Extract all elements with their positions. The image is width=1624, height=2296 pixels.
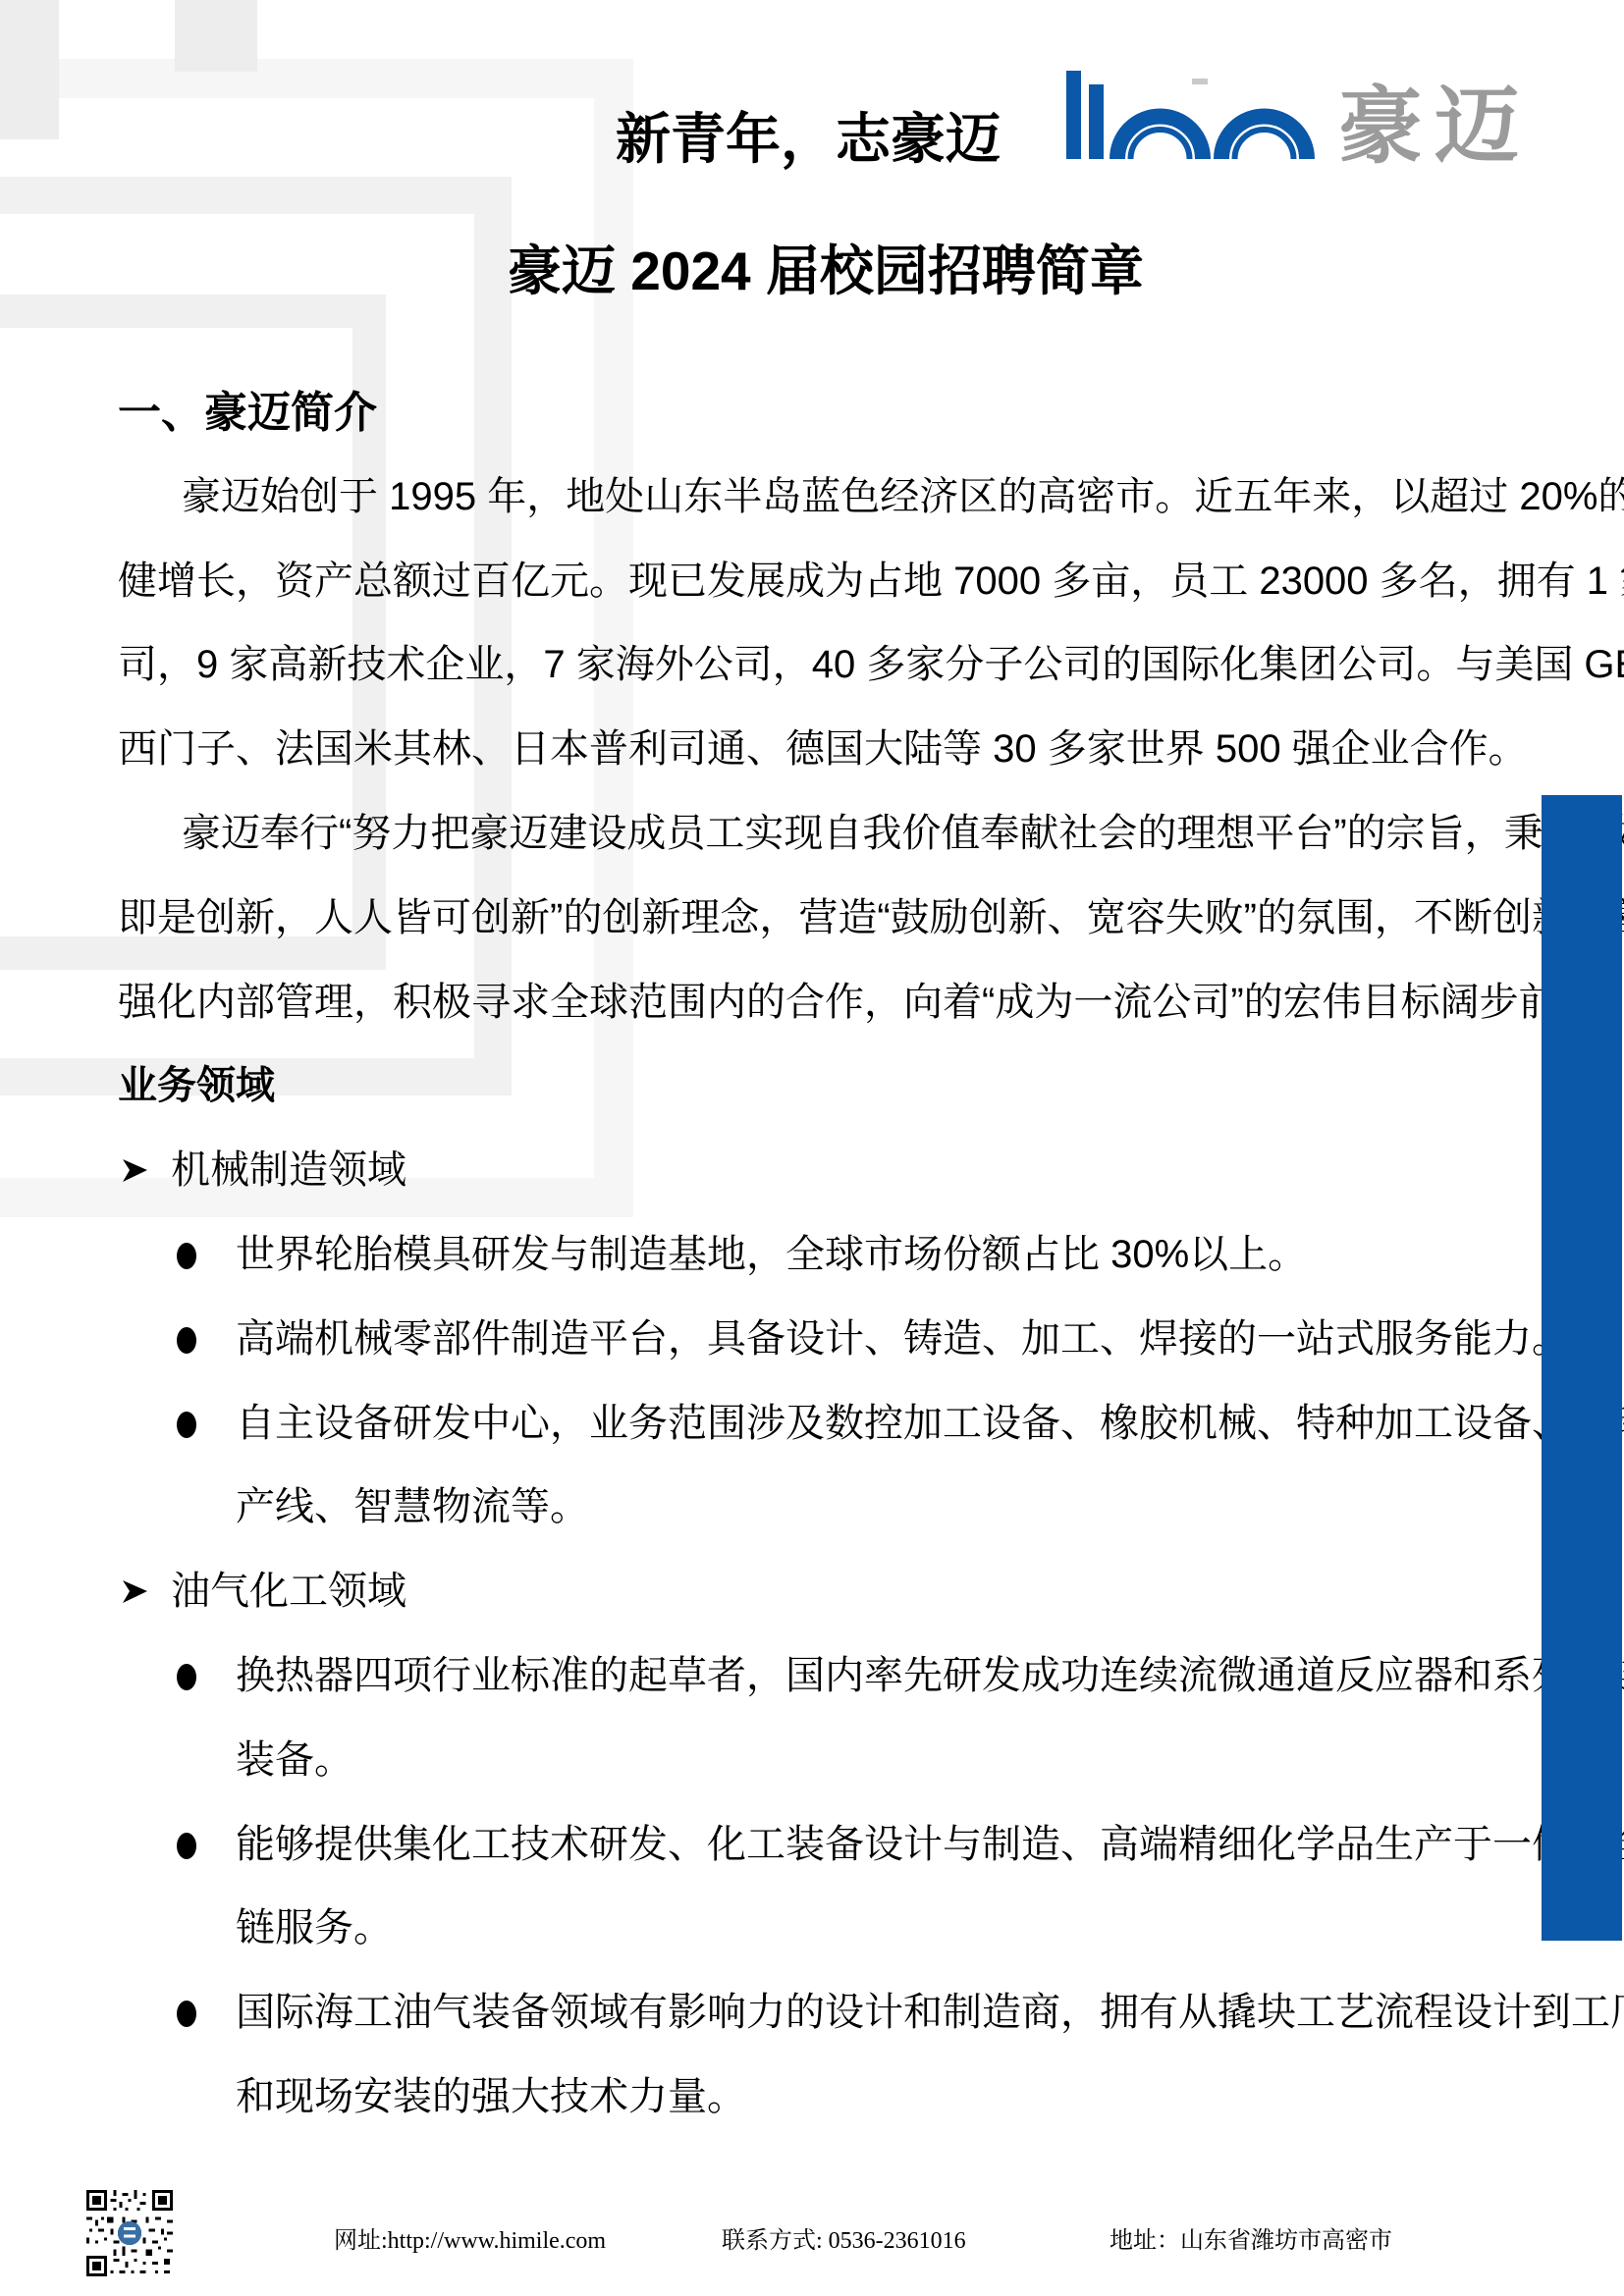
intro-paragraph-line: 豪迈奉行“努力把豪迈建设成员工实现自我价值奉献社会的理想平台”的宗旨，秉持“改善 <box>118 792 1551 877</box>
business-group-title: 油气化工领域 <box>118 1550 1551 1634</box>
logo-wordmark: 豪迈 <box>1338 80 1530 167</box>
dot-bullet-icon <box>177 1243 196 1269</box>
accent-bar <box>1542 795 1622 1941</box>
qr-code <box>86 2190 173 2276</box>
page-title: 豪迈 2024 届校园招聘简章 <box>508 234 1144 308</box>
document-body: 一、豪迈简介 豪迈始创于 1995 年，地处山东半岛蓝色经济区的高密市。近五年来… <box>118 371 1551 2140</box>
dot-bullet-icon <box>177 2001 196 2027</box>
business-item: 能够提供集化工技术研发、化工装备设计与制造、高端精细化学品生产于一体的全产业 <box>118 1803 1551 1888</box>
intro-paragraph-line: 豪迈始创于 1995 年，地处山东半岛蓝色经济区的高密市。近五年来，以超过 20… <box>118 455 1551 540</box>
watermark-block-left <box>0 0 59 139</box>
intro-paragraph-line: 健增长，资产总额过百亿元。现已发展成为占地 7000 多亩，员工 23000 多… <box>118 540 1551 624</box>
slogan-title: 新青年，志豪迈 <box>616 108 1001 171</box>
himile-logo-icon: 豪迈 <box>1066 69 1530 167</box>
business-item-continuation: 链服务。 <box>118 1887 1551 1971</box>
business-heading: 业务领域 <box>118 1044 1551 1129</box>
business-item: 国际海工油气装备领域有影响力的设计和制造商，拥有从撬块工艺流程设计到工厂建造 <box>118 1971 1551 2056</box>
business-item-continuation: 装备。 <box>118 1719 1551 1803</box>
business-item-continuation: 和现场安装的强大技术力量。 <box>118 2056 1551 2140</box>
business-item: 换热器四项行业标准的起草者，国内率先研发成功连续流微通道反应器和系列化连续流 <box>118 1634 1551 1719</box>
arrow-bullet-icon <box>120 1132 149 1161</box>
footer-phone: 联系方式: 0536-2361016 <box>722 2220 966 2255</box>
arrow-bullet-icon <box>120 1553 149 1582</box>
item-text: 自主设备研发中心，业务范围涉及数控加工设备、橡胶机械、特种加工设备、自动化生 <box>236 1402 1624 1445</box>
group-title-label: 油气化工领域 <box>171 1570 406 1613</box>
dot-bullet-icon <box>177 1327 196 1354</box>
group-title-label: 机械制造领域 <box>171 1148 406 1192</box>
item-text: 换热器四项行业标准的起草者，国内率先研发成功连续流微通道反应器和系列化连续流 <box>236 1654 1624 1697</box>
business-item-continuation: 产线、智慧物流等。 <box>118 1466 1551 1550</box>
intro-paragraph-line: 西门子、法国米其林、日本普利司通、德国大陆等 30 多家世界 500 强企业合作… <box>118 708 1551 792</box>
watermark-block-top <box>175 0 257 72</box>
intro-paragraph-line: 司，9 家高新技术企业，7 家海外公司，40 多家分子公司的国际化集团公司。与美… <box>118 623 1551 708</box>
dot-bullet-icon <box>177 1833 196 1859</box>
business-group-title: 机械制造领域 <box>118 1129 1551 1213</box>
footer-address: 地址：山东省潍坊市高密市 <box>1110 2220 1392 2255</box>
item-text: 能够提供集化工技术研发、化工装备设计与制造、高端精细化学品生产于一体的全产业 <box>236 1823 1624 1866</box>
intro-paragraph-line: 强化内部管理，积极寻求全球范围内的合作，向着“成为一流公司”的宏伟目标阔步前行。 <box>118 961 1551 1045</box>
dot-bullet-icon <box>177 1412 196 1438</box>
item-text: 高端机械零部件制造平台，具备设计、铸造、加工、焊接的一站式服务能力。 <box>236 1317 1571 1361</box>
business-item: 世界轮胎模具研发与制造基地，全球市场份额占比 30%以上。 <box>118 1213 1551 1298</box>
footer-website: 网址:http://www.himile.com <box>334 2220 606 2255</box>
business-item: 自主设备研发中心，业务范围涉及数控加工设备、橡胶机械、特种加工设备、自动化生 <box>118 1382 1551 1467</box>
business-item: 高端机械零部件制造平台，具备设计、铸造、加工、焊接的一站式服务能力。 <box>118 1298 1551 1382</box>
item-text: 国际海工油气装备领域有影响力的设计和制造商，拥有从撬块工艺流程设计到工厂建造 <box>236 1991 1624 2034</box>
intro-heading: 一、豪迈简介 <box>118 371 1551 455</box>
intro-paragraph-line: 即是创新，人人皆可创新”的创新理念，营造“鼓励创新、宽容失败”的氛围，不断创新改… <box>118 877 1551 961</box>
dot-bullet-icon <box>177 1664 196 1690</box>
company-logo: 豪迈 <box>1066 69 1530 167</box>
item-text: 世界轮胎模具研发与制造基地，全球市场份额占比 30%以上。 <box>236 1233 1307 1276</box>
